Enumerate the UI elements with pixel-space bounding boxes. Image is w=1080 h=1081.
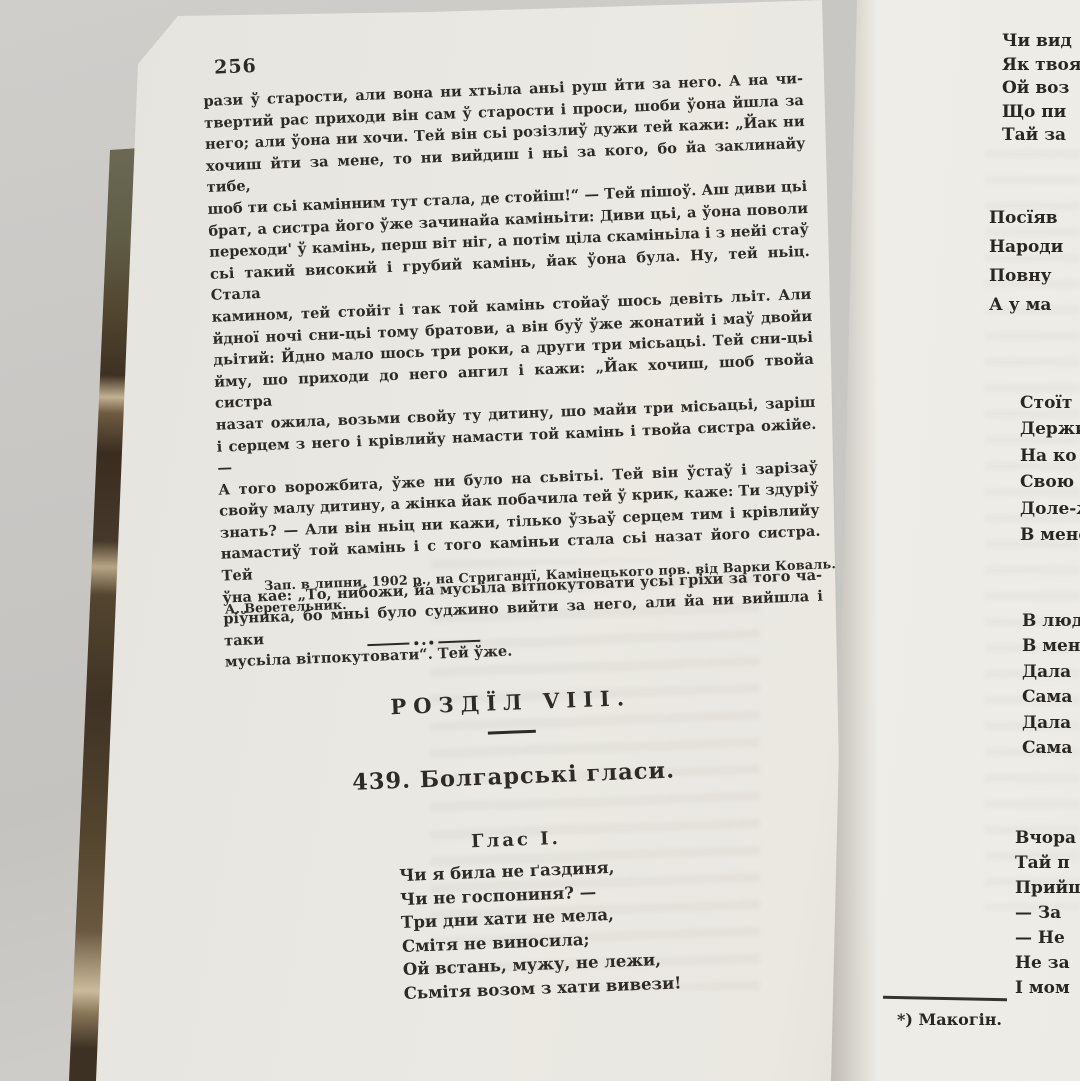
poem: Чи я била не ґаздиня,Чи не госпониня? —Т… — [399, 853, 682, 1005]
verse-line-fragment: Вчора — [1015, 826, 1080, 851]
verse-line-fragment: В люд — [1022, 609, 1080, 635]
verse-line-fragment: Ой воз — [1002, 77, 1080, 101]
verse-stanza: ПосїявНародиПовнуА у ма — [989, 204, 1080, 320]
verse-line-fragment: На ко — [1020, 443, 1080, 470]
verse-line-fragment: Народи — [989, 233, 1080, 262]
divider-line — [438, 640, 480, 644]
verse-line-fragment: І мом — [1015, 976, 1080, 1001]
verse-line-fragment: Не за — [1015, 951, 1080, 976]
verse-stanza: Чи видЯк твояОй возЩо пиТай за — [1002, 30, 1080, 148]
verse-line-fragment: — Не — [1015, 926, 1080, 951]
verse-stanza: ВчораТай пПрийш— За— НеНе заІ мом — [1015, 826, 1080, 1001]
page-number: 256 — [214, 55, 257, 79]
verse-stanza: СтоїтДержитНа коСвоюДоле-жВ мене — [1020, 390, 1080, 549]
verse-line-fragment: Доле-ж — [1020, 496, 1080, 523]
verse-line-fragment: Посїяв — [989, 204, 1080, 233]
verse-line-fragment: Свою — [1020, 469, 1080, 496]
right-page-content: Чи видЯк твояОй возЩо пиТай заПосїявНаро… — [1002, 30, 1080, 1001]
chapter-heading-rule — [488, 730, 536, 734]
verse-line-fragment: Прийш — [1015, 876, 1080, 901]
verse-line-fragment: Сама — [1022, 685, 1080, 711]
verse-line-fragment: Як твоя — [1002, 54, 1080, 78]
verse-line-fragment: Тай п — [1015, 851, 1080, 876]
verse-line-fragment: Що пи — [1002, 101, 1080, 125]
verse-line-fragment: В мене — [1020, 522, 1080, 549]
verse-line-fragment: Чи вид — [1002, 30, 1080, 54]
verse-line-fragment: Дала — [1022, 660, 1080, 686]
verse-line-fragment: — За — [1015, 901, 1080, 926]
verse-line-fragment: В мен — [1022, 634, 1080, 660]
verse-line-fragment: А у ма — [989, 291, 1080, 320]
verse-line-fragment: Держит — [1020, 416, 1080, 443]
section-heading: 439. Болгарські гласи. — [183, 751, 844, 802]
verse-line-fragment: Тай за — [1002, 124, 1080, 148]
verse-line-fragment: Сама — [1022, 736, 1080, 762]
subsection-heading: Глас I. — [186, 817, 846, 863]
verse-stanza: В людВ менДалаСамаДалаСама — [1022, 609, 1080, 762]
verse-line-fragment: Стоїт — [1020, 390, 1080, 417]
verse-line-fragment: Повну — [989, 262, 1080, 291]
chapter-heading: РОЗДЇЛ VIII. — [180, 677, 840, 727]
verse-line-fragment: Дала — [1022, 711, 1080, 737]
footnote-text: *) Макогін. — [897, 1010, 1002, 1029]
book-photo: 256 рази ў старости, али вона ни хтьіла … — [0, 0, 1080, 1081]
divider-line — [367, 643, 409, 647]
left-page-content: 256 рази ў старости, али вона ни хтьіла … — [125, 13, 864, 1080]
